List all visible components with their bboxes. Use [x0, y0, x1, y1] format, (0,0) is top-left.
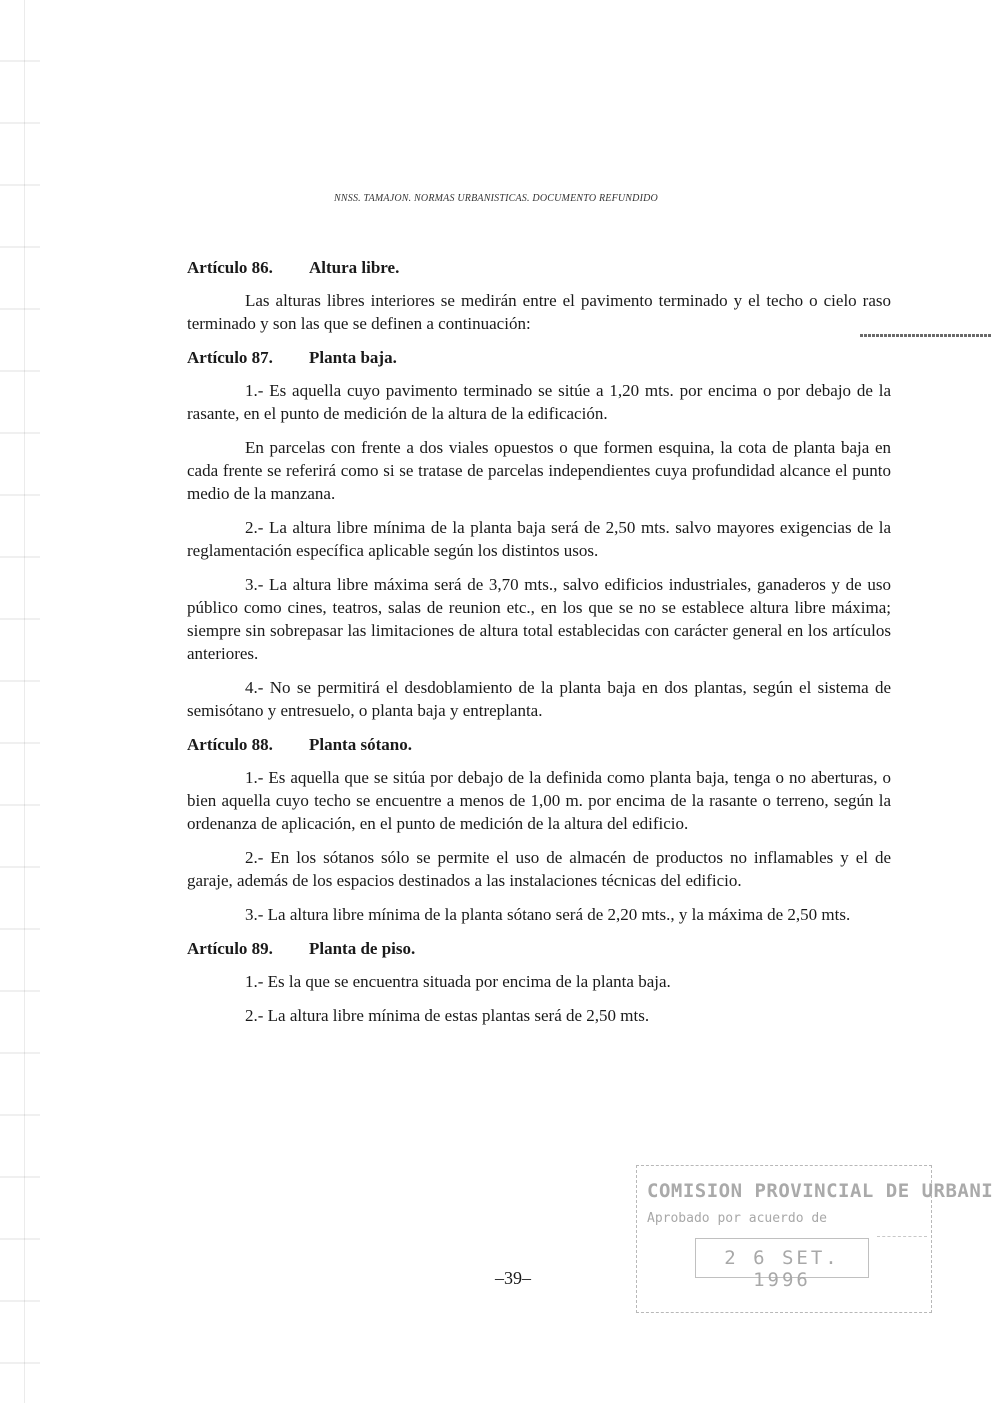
article-title: Altura libre.: [309, 258, 399, 277]
article-87: Artículo 87.Planta baja. 1.- Es aquella …: [187, 346, 891, 722]
stamp-subtitle: Aprobado por acuerdo de: [647, 1211, 827, 1226]
article-paragraph: 3.- La altura libre máxima será de 3,70 …: [187, 573, 891, 665]
article-heading: Artículo 89.Planta de piso.: [187, 937, 891, 960]
article-title: Planta sótano.: [309, 735, 412, 754]
article-heading: Artículo 86.Altura libre.: [187, 256, 891, 279]
scan-edge-line: [24, 0, 25, 1403]
article-paragraph: 3.- La altura libre mínima de la planta …: [187, 903, 891, 926]
article-paragraph: 1.- Es aquella cuyo pavimento terminado …: [187, 379, 891, 425]
stamp-title: COMISION PROVINCIAL DE URBANISMO: [647, 1180, 992, 1202]
article-paragraph: 2.- En los sótanos sólo se permite el us…: [187, 846, 891, 892]
stamp-date-box: 2 6 SET. 1996: [695, 1238, 869, 1278]
article-paragraph: 1.- Es la que se encuentra situada por e…: [187, 970, 891, 993]
article-title: Planta de piso.: [309, 939, 415, 958]
article-title: Planta baja.: [309, 348, 397, 367]
article-88: Artículo 88.Planta sótano. 1.- Es aquell…: [187, 733, 891, 926]
article-paragraph: 2.- La altura libre mínima de la planta …: [187, 516, 891, 562]
stamp-date: 2 6 SET. 1996: [696, 1247, 868, 1291]
article-heading: Artículo 88.Planta sótano.: [187, 733, 891, 756]
article-86: Artículo 86.Altura libre. Las alturas li…: [187, 256, 891, 335]
article-number: Artículo 89.: [187, 937, 309, 960]
article-paragraph: 2.- La altura libre mínima de estas plan…: [187, 1004, 891, 1027]
approval-stamp: COMISION PROVINCIAL DE URBANISMO Aprobad…: [636, 1165, 932, 1313]
running-header: NNSS. TAMAJON. NORMAS URBANISTICAS. DOCU…: [0, 193, 992, 204]
document-page: NNSS. TAMAJON. NORMAS URBANISTICAS. DOCU…: [0, 0, 992, 1403]
article-paragraph: En parcelas con frente a dos viales opue…: [187, 436, 891, 505]
scan-binding-edge: [0, 0, 40, 1403]
stamp-divider: [877, 1236, 927, 1238]
document-body: Artículo 86.Altura libre. Las alturas li…: [187, 256, 891, 1038]
article-paragraph: 1.- Es aquella que se sitúa por debajo d…: [187, 766, 891, 835]
article-89: Artículo 89.Planta de piso. 1.- Es la qu…: [187, 937, 891, 1027]
article-number: Artículo 88.: [187, 733, 309, 756]
article-number: Artículo 86.: [187, 256, 309, 279]
page-number: –39–: [495, 1268, 575, 1289]
article-heading: Artículo 87.Planta baja.: [187, 346, 891, 369]
article-number: Artículo 87.: [187, 346, 309, 369]
article-paragraph: 4.- No se permitirá el desdoblamiento de…: [187, 676, 891, 722]
article-paragraph: Las alturas libres interiores se medirán…: [187, 289, 891, 335]
